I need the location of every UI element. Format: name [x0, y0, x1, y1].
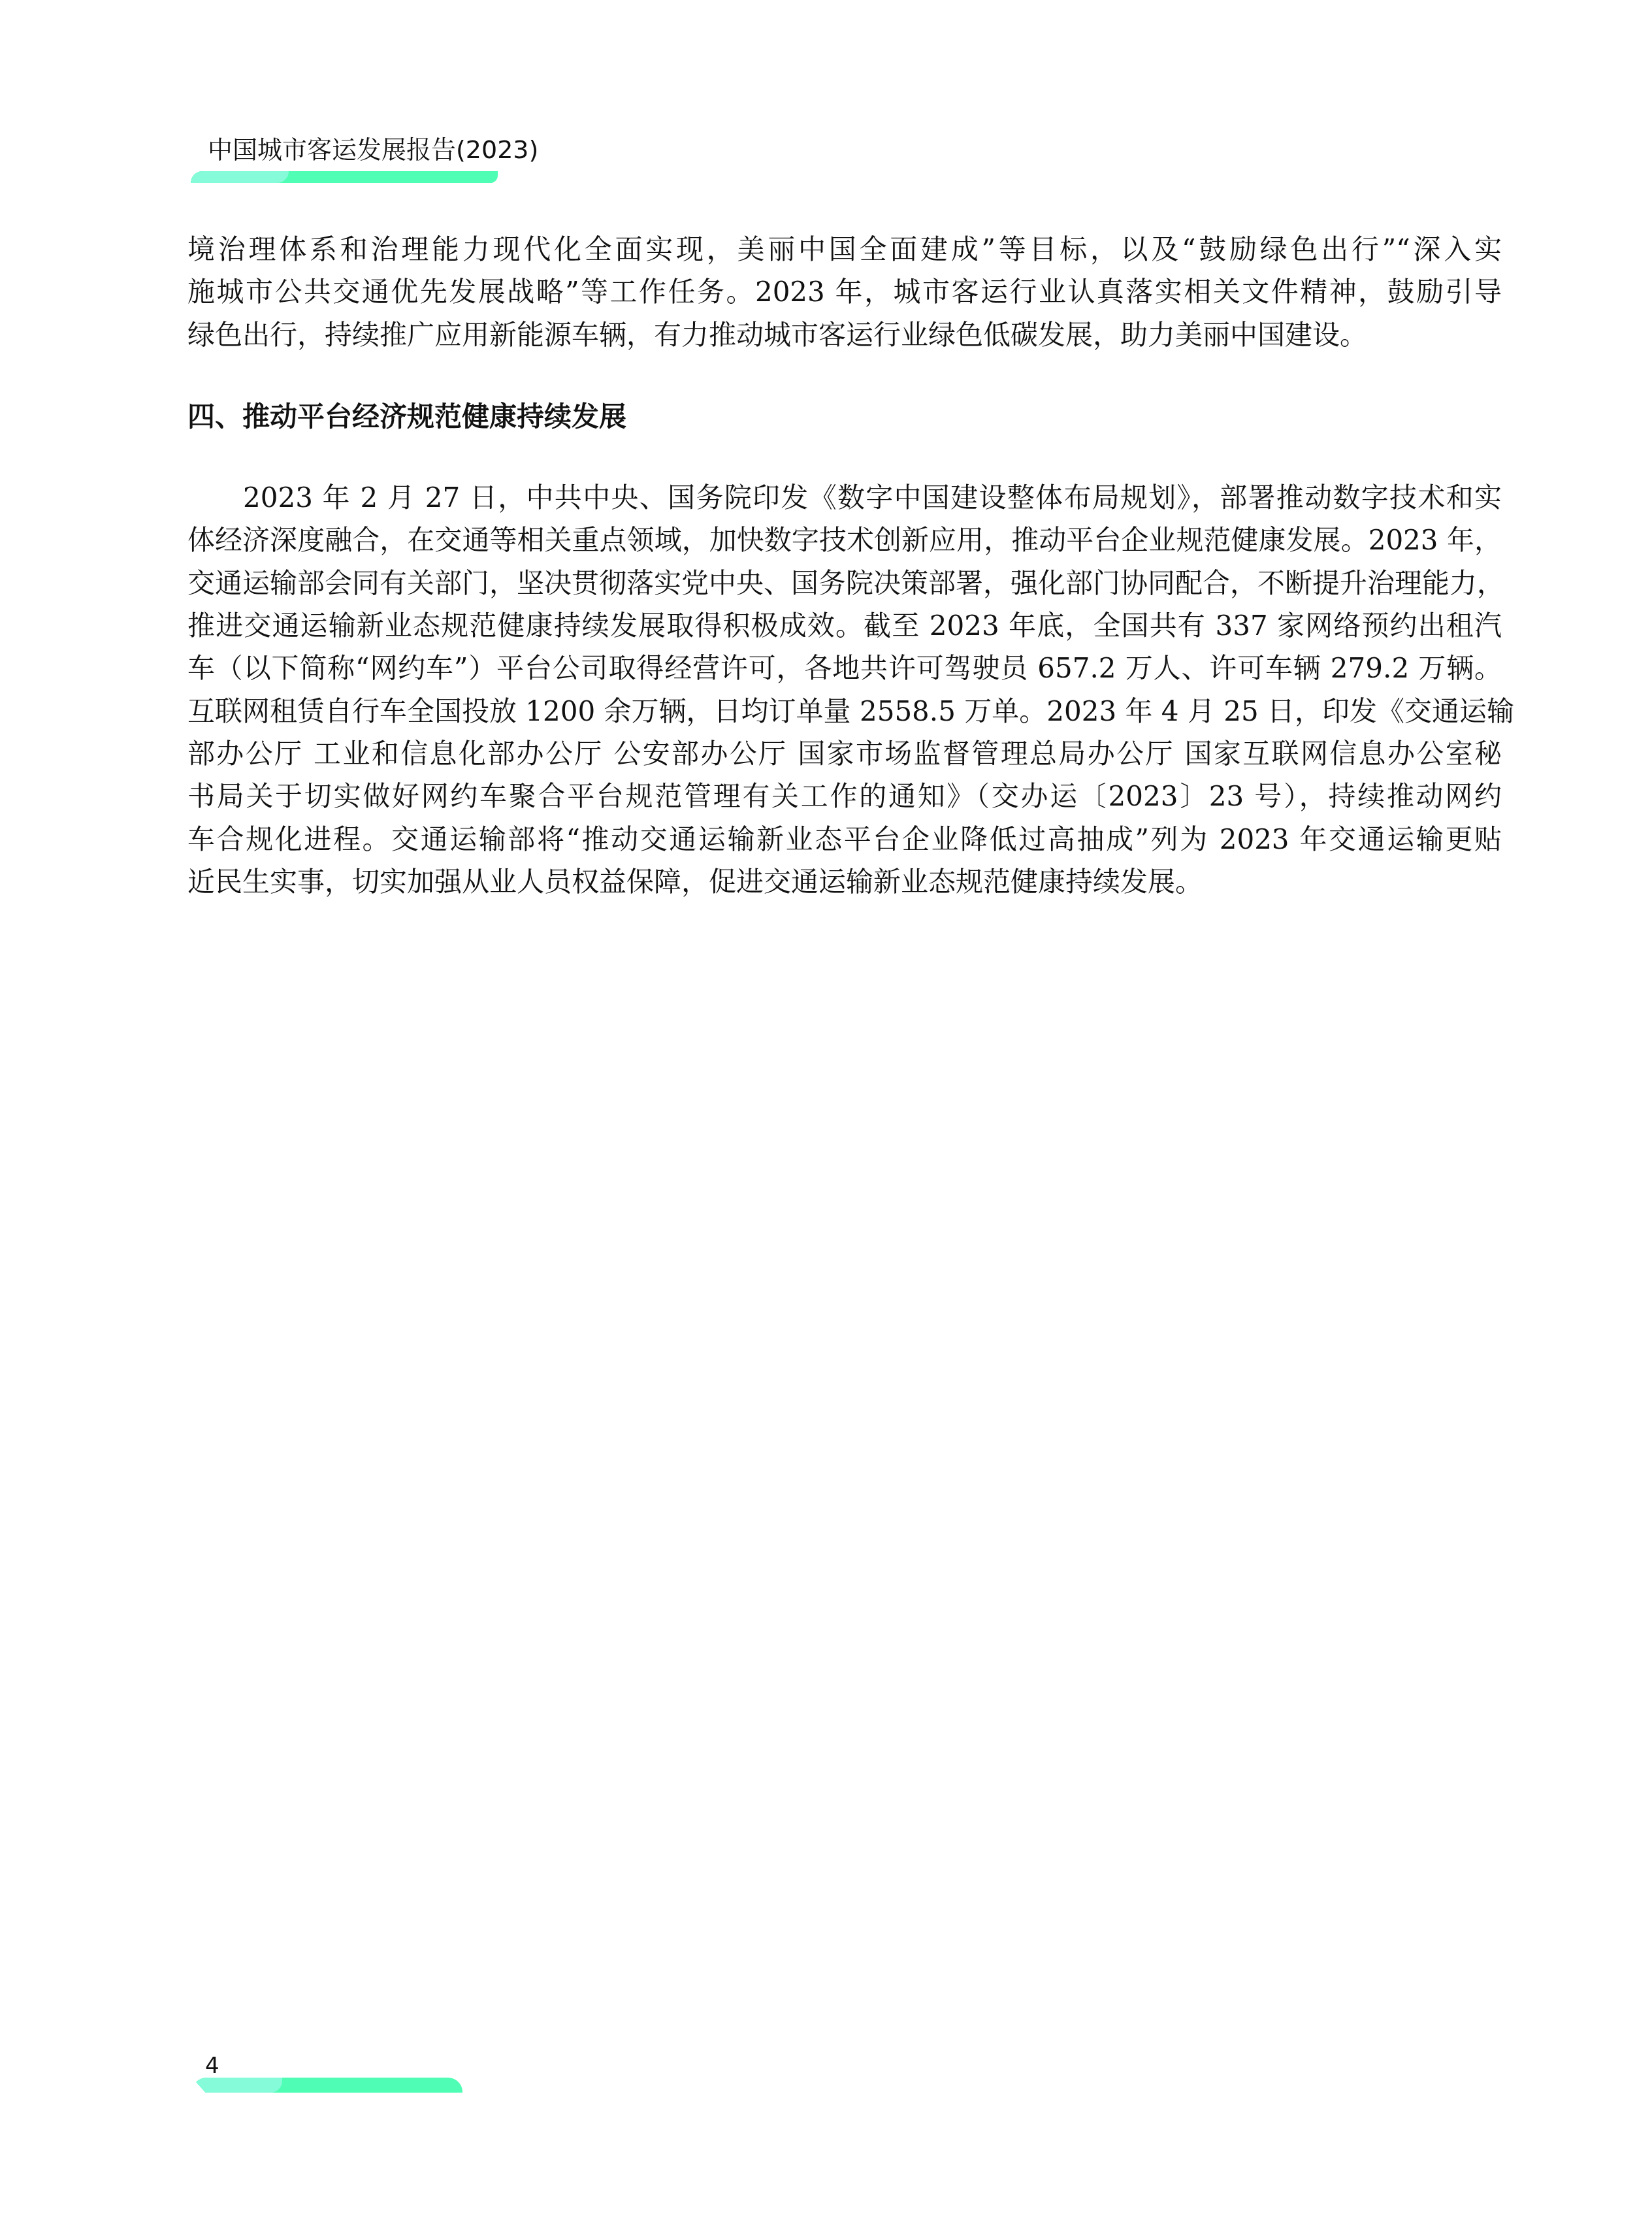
- paragraph-line: 互联网租赁自行车全国投放 1200 余万辆，日均订单量 2558.5 万单。20…: [187, 695, 1502, 728]
- page-number: 4: [205, 2054, 219, 2078]
- running-header-title: 中国城市客运发展报告(2023): [208, 133, 538, 166]
- paragraph-line: 书局关于切实做好网约车聚合平台规范管理有关工作的通知》（交办运〔2023〕23 …: [187, 780, 1502, 813]
- paragraph-line: 境治理体系和治理能力现代化全面实现，美丽中国全面建成”等目标，以及“鼓励绿色出行…: [187, 233, 1502, 266]
- paragraph-line: 绿色出行，持续推广应用新能源车辆，有力推动城市客运行业绿色低碳发展，助力美丽中国…: [187, 319, 1502, 351]
- paragraph-line: 体经济深度融合，在交通等相关重点领域，加快数字技术创新应用，推动平台企业规范健康…: [187, 524, 1502, 557]
- paragraph-line: 推进交通运输新业态规范健康持续发展取得积极成效。截至 2023 年底，全国共有 …: [187, 610, 1502, 642]
- paragraph-line: 交通运输部会同有关部门，坚决贯彻落实党中央、国务院决策部署，强化部门协同配合，不…: [187, 567, 1502, 600]
- paragraph-line: 施城市公共交通优先发展战略”等工作任务。2023 年，城市客运行业认真落实相关文…: [187, 276, 1502, 308]
- paragraph-line: 2023 年 2 月 27 日，中共中央、国务院印发《数字中国建设整体布局规划》…: [243, 482, 1502, 514]
- document-page: 中国城市客运发展报告(2023) 境治理体系和治理能力现代化全面实现，美丽中国全…: [0, 0, 1652, 2222]
- section-heading: 四、推动平台经济规范健康持续发展: [187, 400, 626, 434]
- footer-decorative-bar: [192, 2078, 462, 2093]
- paragraph-line: 部办公厅 工业和信息化部办公厅 公安部办公厅 国家市场监督管理总局办公厅 国家互…: [187, 738, 1502, 770]
- paragraph-line: 车合规化进程。交通运输部将“推动交通运输新业态平台企业降低过高抽成”列为 202…: [187, 823, 1502, 856]
- paragraph-line: 车（以下简称“网约车”）平台公司取得经营许可，各地共许可驾驶员 657.2 万人…: [187, 652, 1502, 685]
- header-bar-light-segment: [191, 171, 277, 183]
- paragraph-line: 近民生实事，切实加强从业人员权益保障，促进交通运输新业态规范健康持续发展。: [187, 866, 1502, 898]
- footer-bar-light-segment: [192, 2078, 270, 2093]
- header-decorative-bar: [191, 171, 498, 183]
